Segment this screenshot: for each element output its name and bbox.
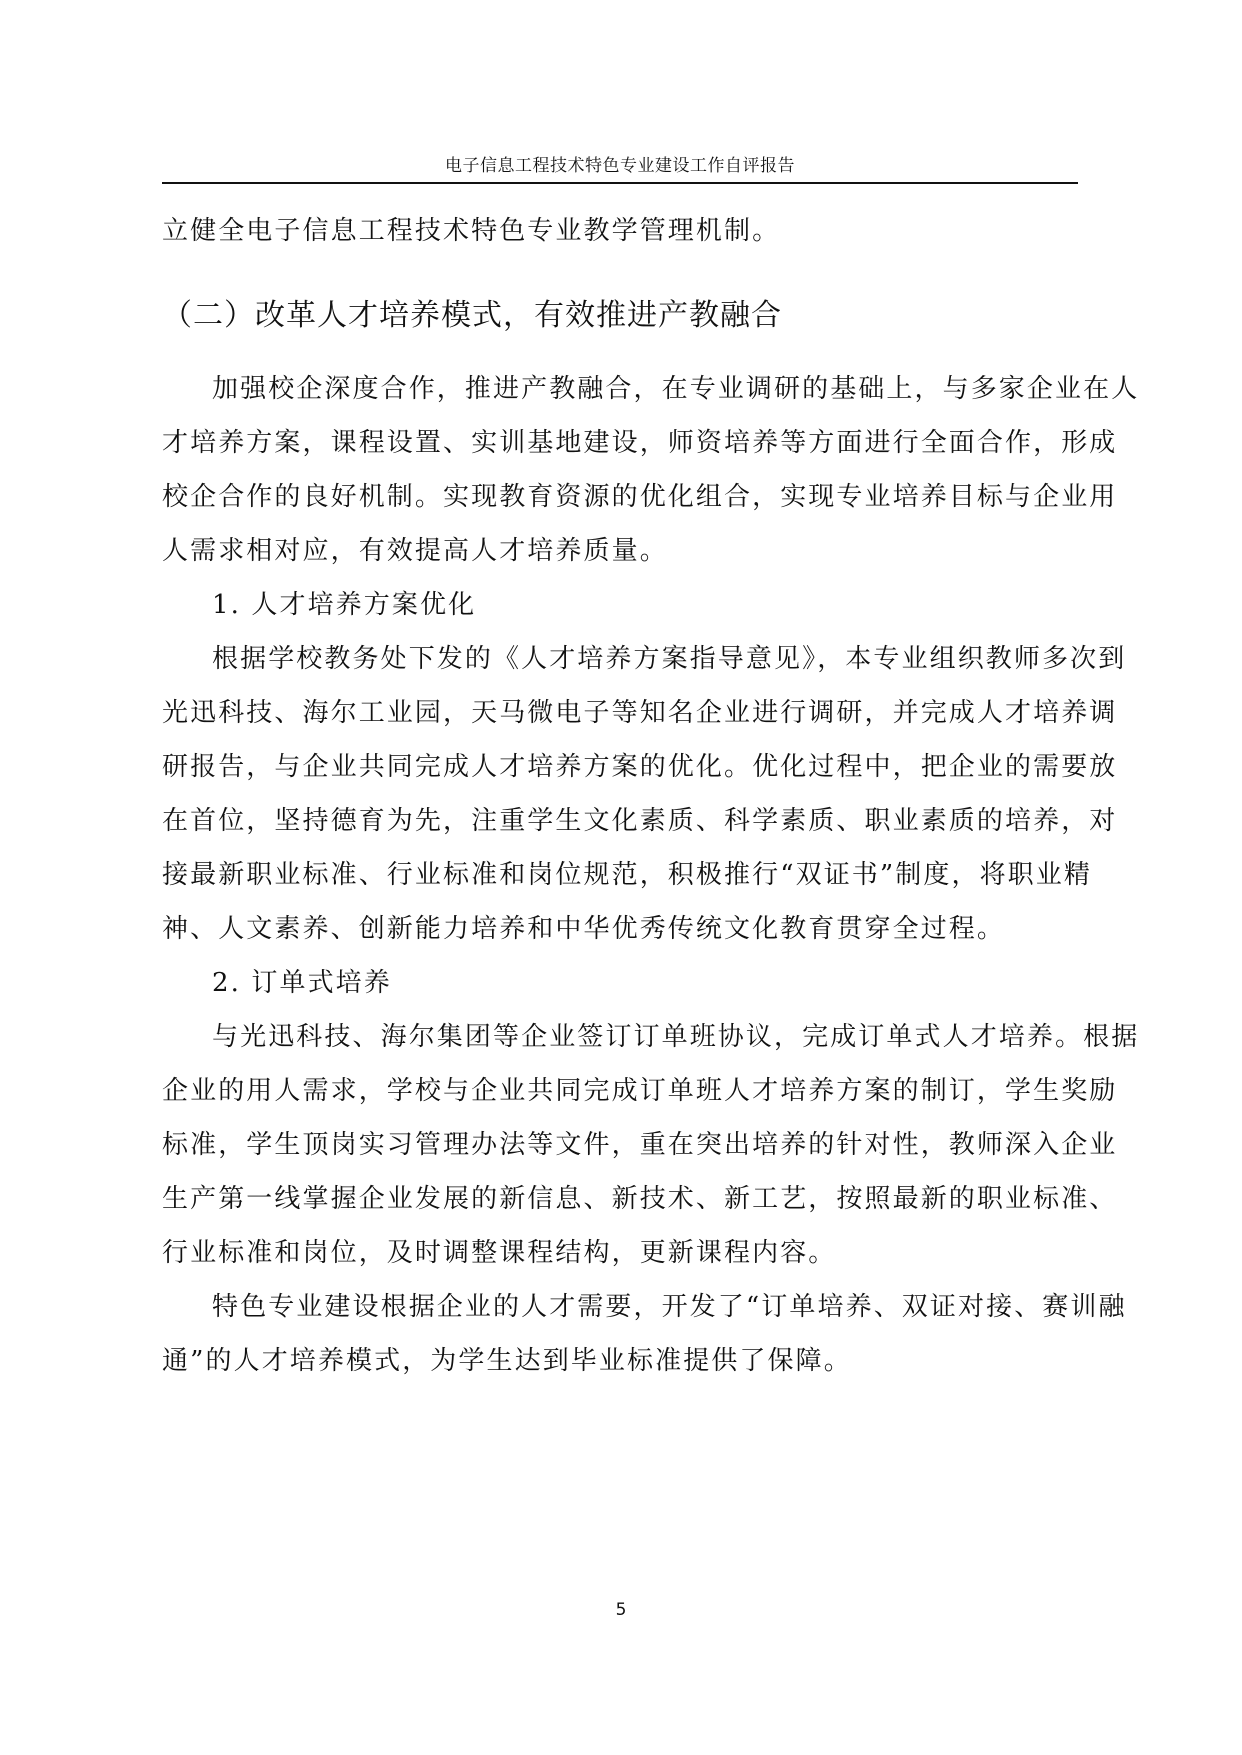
paragraph-line: 通”的人才培养模式，为学生达到毕业标准提供了保障。 — [162, 1334, 1078, 1388]
paragraph-line: 企业的用人需求，学校与企业共同完成订单班人才培养方案的制订，学生奖励 — [162, 1064, 1078, 1118]
paragraph-line: 行业标准和岗位，及时调整课程结构，更新课程内容。 — [162, 1226, 1078, 1280]
paragraph-line: 接最新职业标准、行业标准和岗位规范，积极推行“双证书”制度，将职业精 — [162, 848, 1078, 902]
header-divider — [162, 182, 1078, 184]
document-body: 立健全电子信息工程技术特色专业教学管理机制。 （二）改革人才培养模式，有效推进产… — [162, 204, 1078, 1388]
paragraph-line: 与光迅科技、海尔集团等企业签订订单班协议，完成订单式人才培养。根据 — [162, 1010, 1078, 1064]
paragraph-line: 神、人文素养、创新能力培养和中华优秀传统文化教育贯穿全过程。 — [162, 902, 1078, 956]
paragraph-line: 生产第一线掌握企业发展的新信息、新技术、新工艺，按照最新的职业标准、 — [162, 1172, 1078, 1226]
running-header-title: 电子信息工程技术特色专业建设工作自评报告 — [162, 155, 1078, 177]
subsection-1-title: 1. 人才培养方案优化 — [162, 578, 1078, 632]
paragraph-line: 在首位，坚持德育为先，注重学生文化素质、科学素质、职业素质的培养，对 — [162, 794, 1078, 848]
paragraph-line: 研报告，与企业共同完成人才培养方案的优化。优化过程中，把企业的需要放 — [162, 740, 1078, 794]
paragraph-line: 人需求相对应，有效提高人才培养质量。 — [162, 524, 1078, 578]
paragraph-line: 加强校企深度合作，推进产教融合，在专业调研的基础上，与多家企业在人 — [162, 362, 1078, 416]
continuation-line: 立健全电子信息工程技术特色专业教学管理机制。 — [162, 204, 1078, 258]
intro-paragraph: 加强校企深度合作，推进产教融合，在专业调研的基础上，与多家企业在人 才培养方案，… — [162, 362, 1078, 578]
paragraph-line: 标准，学生顶岗实习管理办法等文件，重在突出培养的针对性，教师深入企业 — [162, 1118, 1078, 1172]
subsection-2-title: 2. 订单式培养 — [162, 956, 1078, 1010]
section-heading: （二）改革人才培养模式，有效推进产教融合 — [162, 280, 1078, 352]
subsection-2-paragraph: 与光迅科技、海尔集团等企业签订订单班协议，完成订单式人才培养。根据 企业的用人需… — [162, 1010, 1078, 1280]
paragraph-line: 才培养方案，课程设置、实训基地建设，师资培养等方面进行全面合作，形成 — [162, 416, 1078, 470]
paragraph-line: 根据学校教务处下发的《人才培养方案指导意见》，本专业组织教师多次到 — [162, 632, 1078, 686]
paragraph-line: 特色专业建设根据企业的人才需要，开发了“订单培养、双证对接、赛训融 — [162, 1280, 1078, 1334]
paragraph-line: 光迅科技、海尔工业园，天马微电子等知名企业进行调研，并完成人才培养调 — [162, 686, 1078, 740]
paragraph-line: 校企合作的良好机制。实现教育资源的优化组合，实现专业培养目标与企业用 — [162, 470, 1078, 524]
subsection-1-paragraph: 根据学校教务处下发的《人才培养方案指导意见》，本专业组织教师多次到 光迅科技、海… — [162, 632, 1078, 956]
closing-paragraph: 特色专业建设根据企业的人才需要，开发了“订单培养、双证对接、赛训融 通”的人才培… — [162, 1280, 1078, 1388]
page-number: 5 — [0, 1600, 1242, 1620]
